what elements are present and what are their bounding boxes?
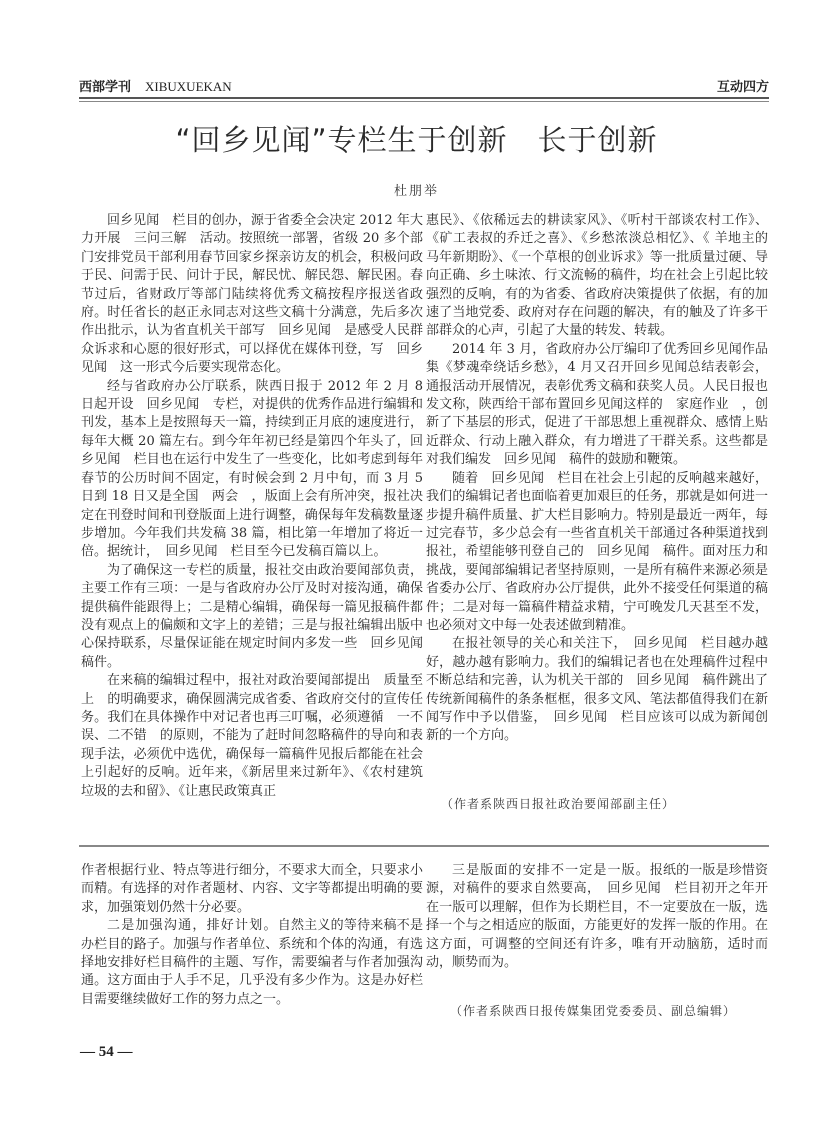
page-number: — 54 —	[80, 1044, 133, 1061]
paragraph: 回乡见闻 栏目的创办，源于省委全会决定 2012 年大力开展 三问三解 活动。按…	[81, 212, 423, 378]
paragraph: 在来稿的编辑过程中，报社对政治要闻部提出 质量至上 的明确要求，确保圆满完成省委…	[81, 672, 423, 801]
paragraph: 为了确保这一专栏的质量，报社交由政治要闻部负责，主要工作有三项：一是与省政府办公…	[81, 562, 423, 672]
point-heading: 二是加强沟通，排好计划。	[107, 918, 278, 933]
lower-column-left: 作者根据行业、特点等进行细分，不要求大而全，只要求小而精。有选择的对作者题材、内…	[81, 862, 423, 1009]
section-separator	[79, 845, 769, 847]
article-title: “回乡见闻”专栏生于创新 长于创新	[0, 118, 833, 159]
body-column-right: 惠民》、《依稀远去的耕读家风》、《听村干部谈农村工作》、《矿工表叔的乔迁之喜》、…	[426, 212, 768, 746]
paragraph: 随着 回乡见闻 栏目在社会上引起的反响越来越好，我们的编辑记者也面临着更加艰巨的…	[426, 470, 768, 636]
lower-column-right: 三是版面的安排不一定是一版。报纸的一版是珍惜资源，对稿件的要求自然要高， 回乡见…	[426, 862, 768, 972]
paragraph: 作者根据行业、特点等进行细分，不要求大而全，只要求小而精。有选择的对作者题材、内…	[81, 862, 423, 917]
lower-byline: （作者系陕西日报传媒集团党委委员、副总编辑）	[450, 1002, 736, 1019]
paragraph: 在报社领导的关心和关注下， 回乡见闻 栏目越办越好，越办越有影响力。我们的编辑记…	[426, 635, 768, 745]
paragraph: 惠民》、《依稀远去的耕读家风》、《听村干部谈农村工作》、《矿工表叔的乔迁之喜》、…	[426, 212, 768, 341]
paragraph: 二是加强沟通，排好计划。自然主义的等待来稿不是办栏目的路子。加强与作者单位、系统…	[81, 917, 423, 1009]
article-byline: （作者系陕西日报社政治要闻部副主任）	[441, 795, 675, 812]
paragraph: 经与省政府办公厅联系，陕西日报于 2012 年 2 月 8 日起开设 回乡见闻 …	[81, 378, 423, 562]
header-rule-thick	[79, 97, 769, 99]
journal-name-en: XIBUXUEKAN	[145, 79, 232, 94]
section-name: 互动四方	[717, 76, 769, 95]
body-column-left: 回乡见闻 栏目的创办，源于省委全会决定 2012 年大力开展 三问三解 活动。按…	[81, 212, 423, 801]
paragraph: 三是版面的安排不一定是一版。报纸的一版是珍惜资源，对稿件的要求自然要高， 回乡见…	[426, 862, 768, 972]
header-rule-thin	[79, 101, 769, 102]
article-author: 杜朋举	[0, 180, 833, 199]
journal-name-cn: 西部学刊	[79, 80, 131, 95]
point-heading: 三是版面的安排不一定是一版。	[452, 863, 650, 878]
paragraph: 2014 年 3 月，省政府办公厅编印了优秀回乡见闻作品集《梦魂牵绕话乡愁》，4…	[426, 341, 768, 470]
paragraph-text: 报纸的一版是珍惜资源，对稿件的要求自然要高， 回乡见闻 栏目初开之年开在一版可以…	[426, 863, 768, 970]
running-header: 西部学刊XIBUXUEKAN 互动四方	[79, 74, 769, 96]
journal-name: 西部学刊XIBUXUEKAN	[79, 76, 232, 95]
